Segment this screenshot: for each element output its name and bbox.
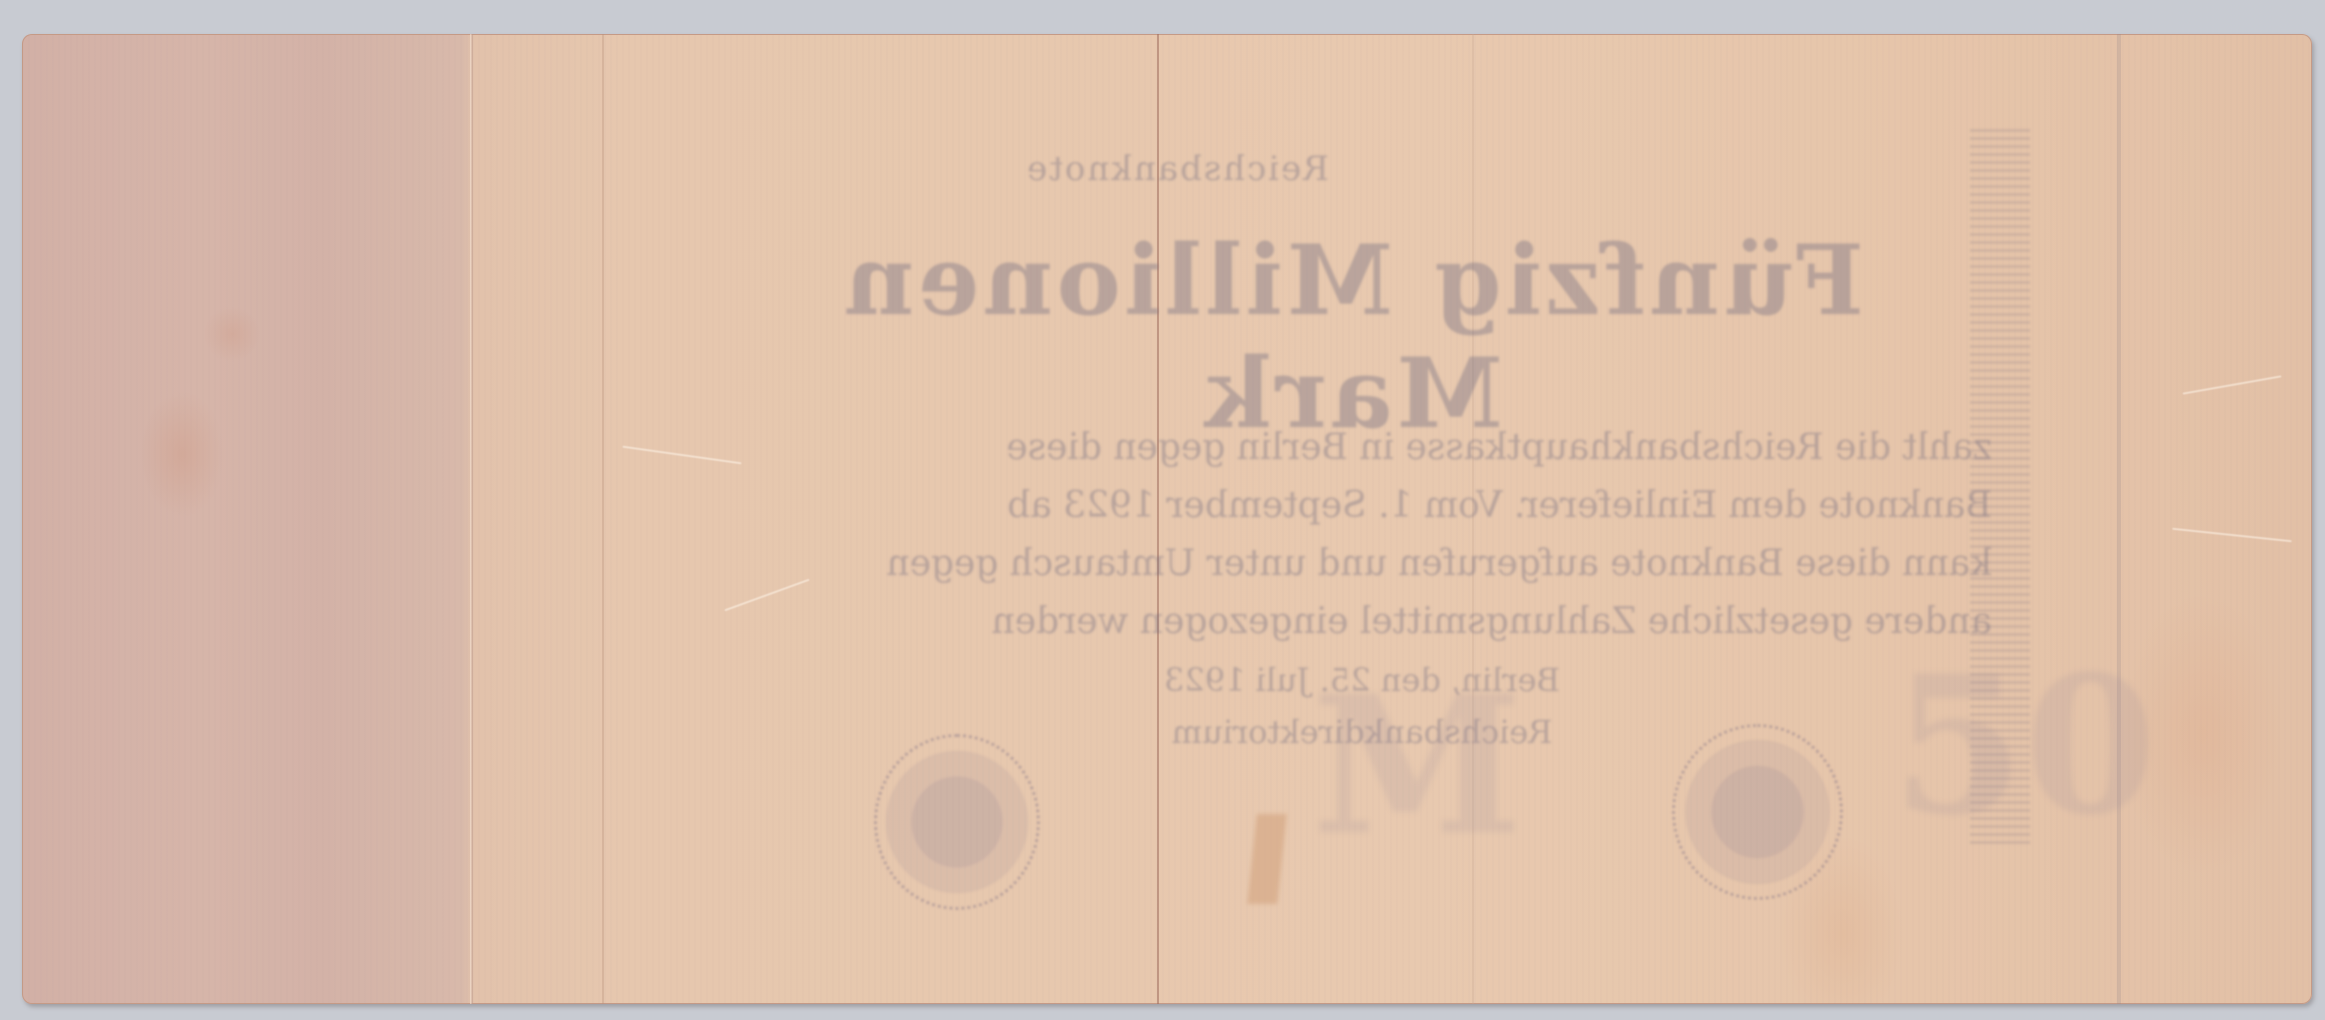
body-line: andere gesetzliche Zahlungsmittel eingez… [752, 593, 1992, 651]
showthrough-header: Reichsbanknote [967, 149, 1387, 189]
showthrough-body: zahlt die Reichsbankhauptkasse in Berlin… [752, 419, 1992, 651]
banknote: Reichsbanknote Fünfzig Millionen Mark za… [22, 34, 2312, 1004]
stain [1247, 814, 1286, 904]
body-line: Banknote dem Einlieferer. Vom 1. Septemb… [752, 477, 1992, 535]
paper-crease [622, 446, 741, 465]
denomination-mark: 50 [1892, 634, 2156, 857]
paper-crease [2183, 375, 2282, 394]
showthrough-title: Fünfzig Millionen Mark [692, 224, 2012, 450]
fold-line [1157, 34, 1159, 1004]
seal-icon [874, 734, 1040, 910]
fold-line [2117, 34, 2121, 1004]
body-line: kann diese Banknote aufgerufen und unter… [752, 535, 1992, 593]
denomination-mark: M [1312, 654, 1522, 877]
seal-icon [1672, 724, 1843, 900]
paper-crease [2172, 528, 2292, 543]
fold-line [602, 34, 604, 1004]
paper-crease [724, 579, 809, 612]
fold-line [470, 34, 473, 1004]
showthrough-print: Reichsbanknote Fünfzig Millionen Mark za… [22, 34, 2312, 1004]
body-line: zahlt die Reichsbankhauptkasse in Berlin… [752, 419, 1992, 477]
